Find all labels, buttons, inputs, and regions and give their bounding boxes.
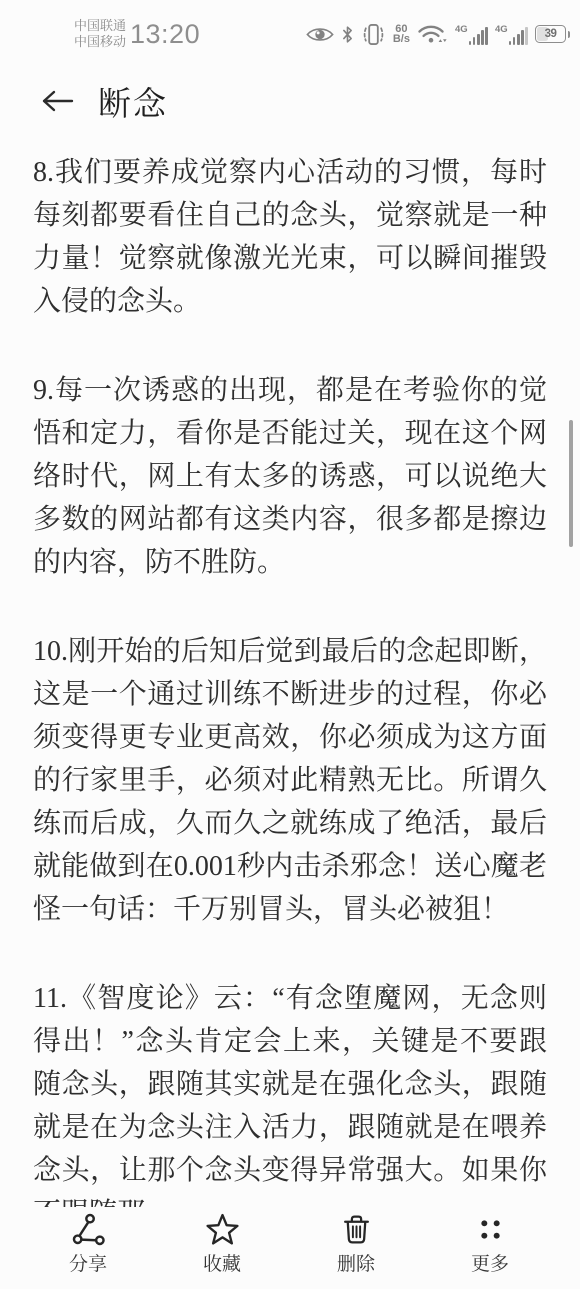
battery-body: 39 xyxy=(535,25,566,43)
share-button[interactable]: 分享 xyxy=(49,1212,127,1289)
status-left: 中国联通 中国移动 13:20 xyxy=(74,18,200,50)
sim2-signal-bars xyxy=(509,27,528,45)
favorite-label: 收藏 xyxy=(203,1249,241,1276)
note-paragraph: 8.我们要养成觉察内心活动的习惯，每时每刻都要看住自己的念头，觉察就是一种力量！… xyxy=(33,151,547,323)
carrier-secondary: 中国移动 xyxy=(74,34,126,50)
share-icon xyxy=(71,1212,106,1247)
vibrate-icon xyxy=(361,23,386,46)
scrollbar-thumb[interactable] xyxy=(569,420,573,547)
eye-comfort-icon xyxy=(306,25,334,44)
note-paragraph: 9.每一次诱惑的出现，都是在考验你的觉悟和定力，看你是否能过关，现在这个网络时代… xyxy=(33,369,547,584)
delete-label: 删除 xyxy=(337,1249,375,1276)
status-time: 13:20 xyxy=(130,19,200,50)
page-title: 断念 xyxy=(98,78,168,125)
network-speed-unit: B/s xyxy=(393,34,410,44)
note-paragraph: 11.《智度论》云：“有念堕魔网，无念则得出！”念头肯定会上来，关键是不要跟随念… xyxy=(33,977,547,1235)
mobile-signal-sim2: 4G xyxy=(495,24,528,45)
battery-percent: 39 xyxy=(545,28,557,40)
network-speed: 60 B/s xyxy=(393,24,410,44)
trash-icon xyxy=(339,1212,374,1247)
more-icon xyxy=(473,1212,508,1247)
carrier-primary: 中国联通 xyxy=(74,18,126,34)
mobile-signal-sim1: 4G xyxy=(455,24,488,45)
battery-nub xyxy=(568,31,571,38)
more-label: 更多 xyxy=(471,1249,509,1276)
sim1-network-label: 4G xyxy=(455,24,468,35)
bluetooth-icon xyxy=(341,24,354,45)
wifi-icon xyxy=(417,23,448,45)
back-arrow-icon xyxy=(39,89,75,113)
note-app-screen: 中国联通 中国移动 13:20 xyxy=(0,0,580,1289)
favorite-button[interactable]: 收藏 xyxy=(183,1212,261,1289)
more-button[interactable]: 更多 xyxy=(451,1212,529,1289)
sim1-signal-bars xyxy=(469,27,488,45)
bottom-toolbar: 分享 收藏 删除 更多 xyxy=(0,1207,580,1289)
note-content[interactable]: 8.我们要养成觉察内心活动的习惯，每时每刻都要看住自己的念头，觉察就是一种力量！… xyxy=(33,151,547,1235)
header: 断念 xyxy=(0,74,580,128)
status-bar: 中国联通 中国移动 13:20 xyxy=(0,0,580,60)
back-button[interactable] xyxy=(39,88,77,114)
carrier-names: 中国联通 中国移动 xyxy=(74,18,126,50)
battery-icon: 39 xyxy=(535,25,570,43)
sim2-network-label: 4G xyxy=(495,24,508,35)
star-icon xyxy=(205,1212,240,1247)
status-icons: 60 B/s 4G 4G xyxy=(306,23,570,46)
share-label: 分享 xyxy=(69,1249,107,1276)
note-paragraph: 10.刚开始的后知后觉到最后的念起即断，这是一个通过训练不断进步的过程，你必须变… xyxy=(33,630,547,931)
delete-button[interactable]: 删除 xyxy=(317,1212,395,1289)
